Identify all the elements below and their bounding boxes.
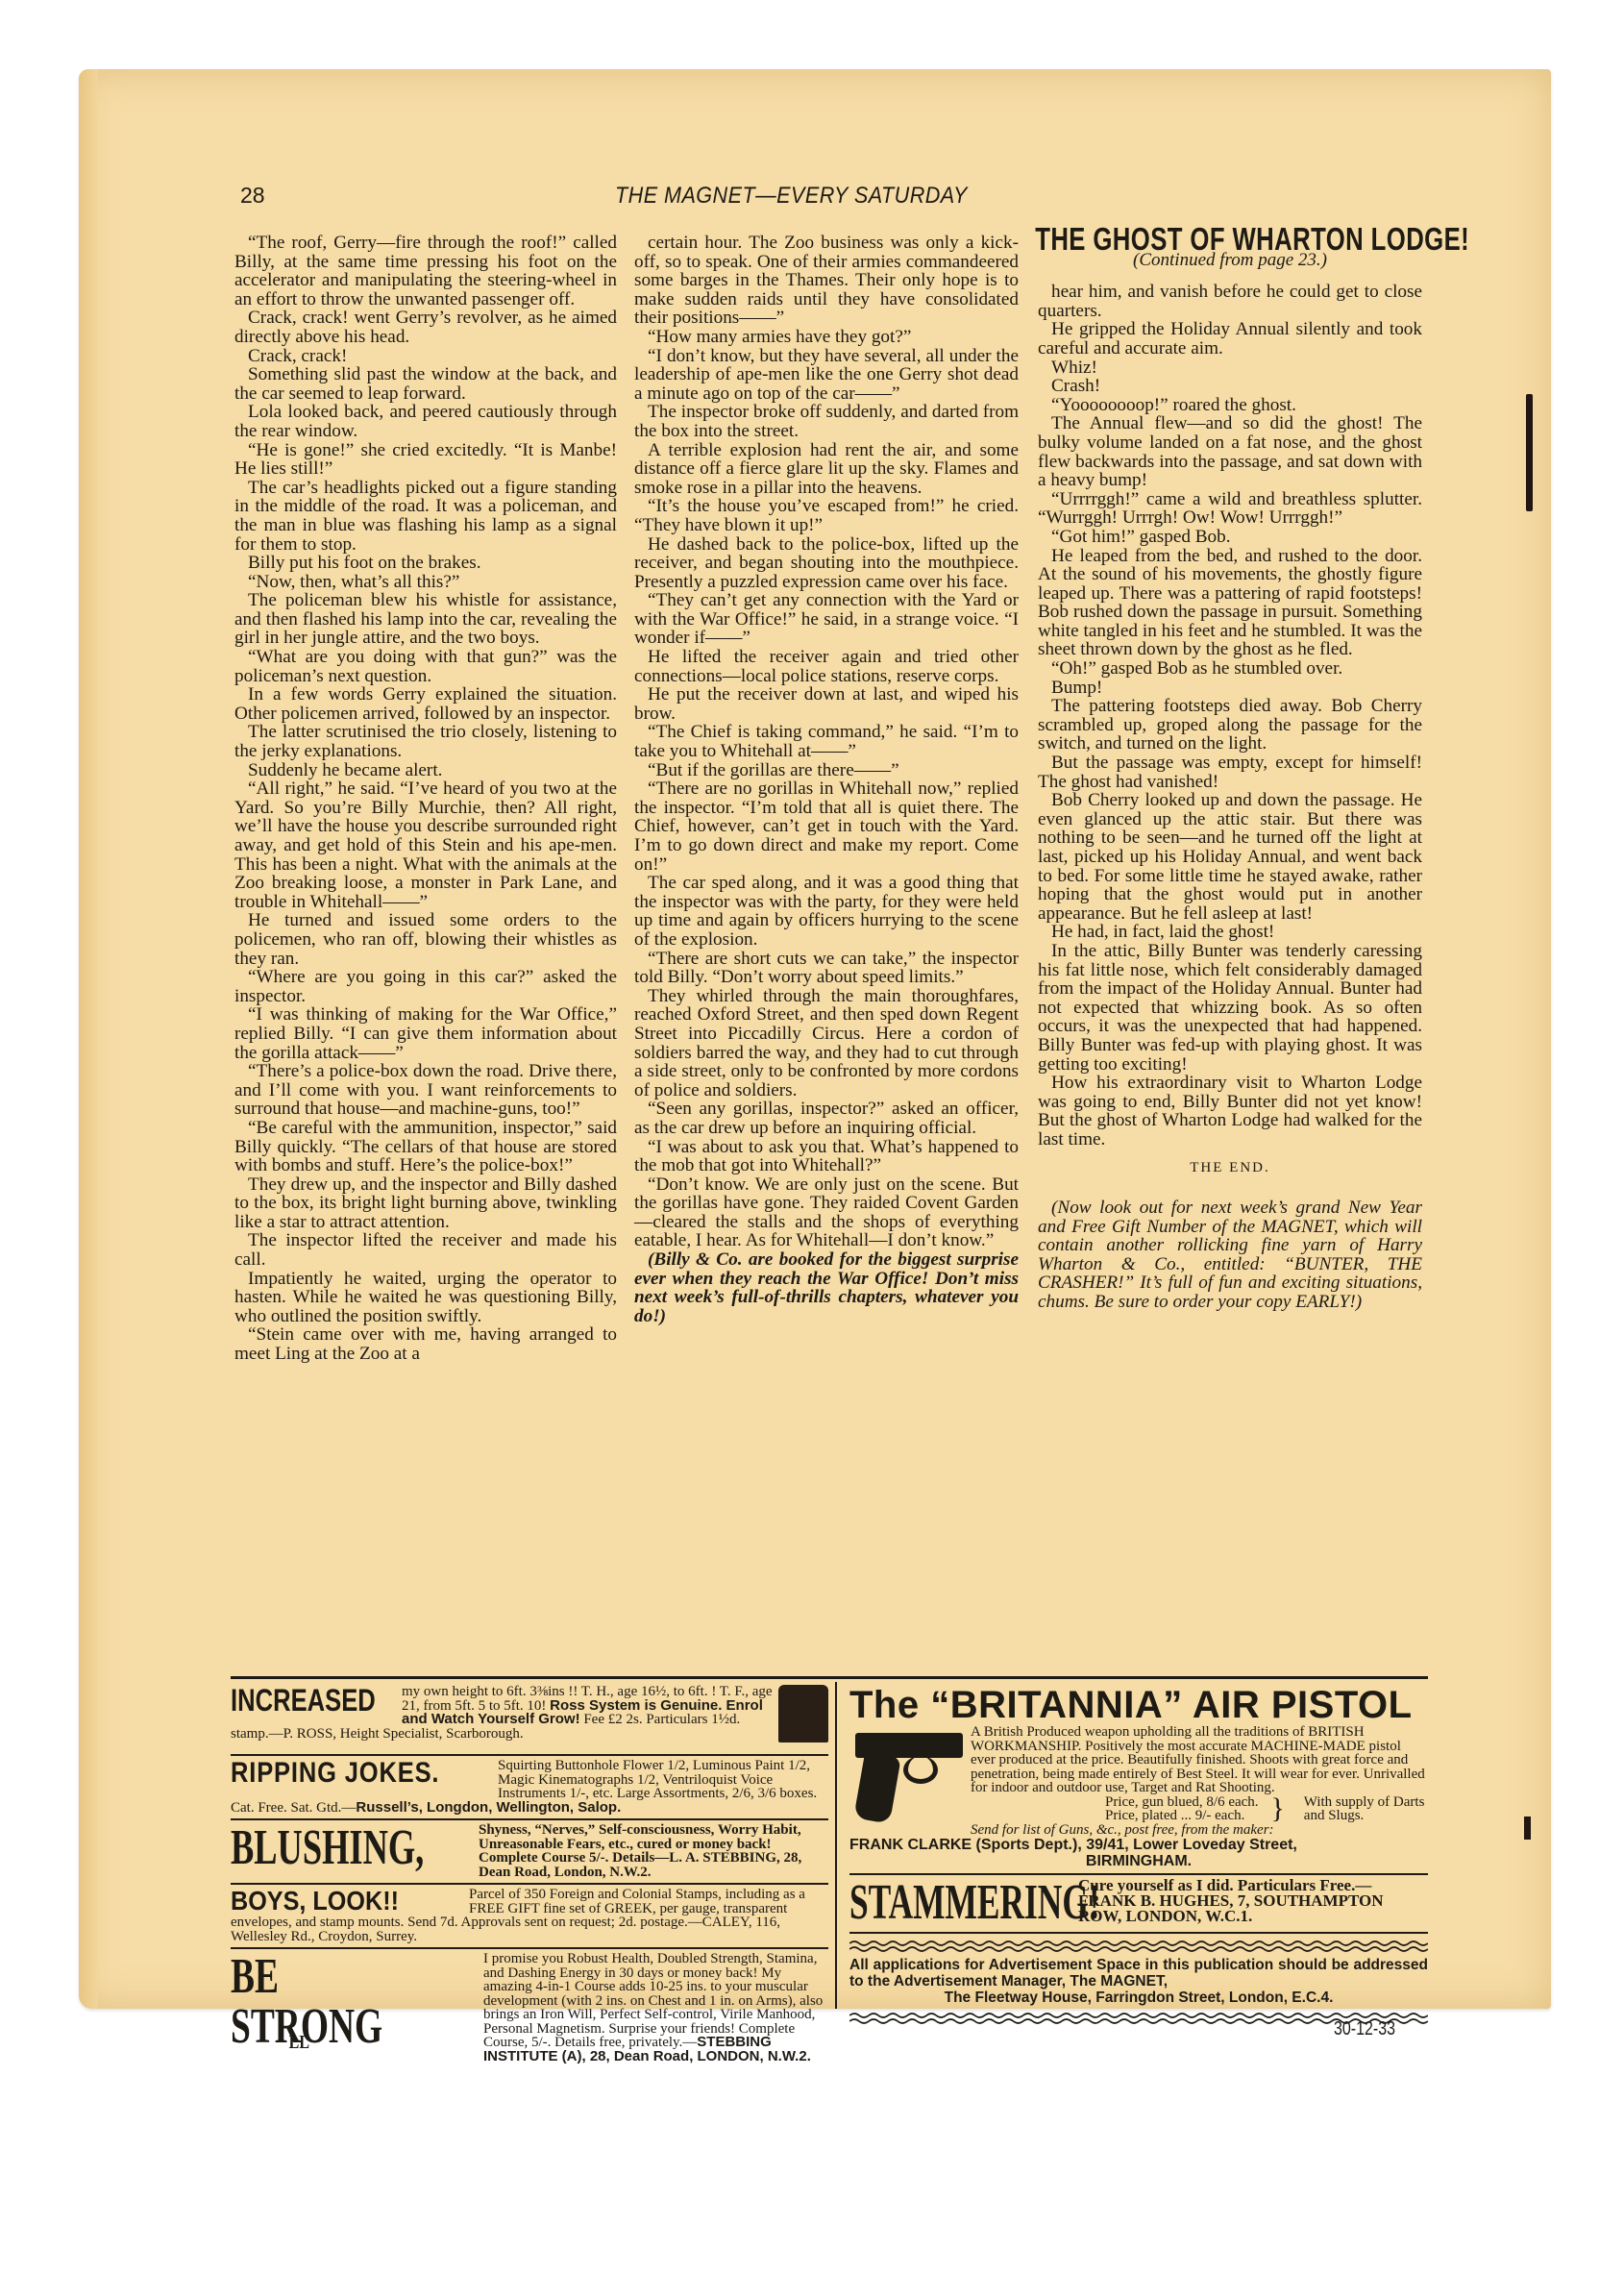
paragraph: “Yoooooooop!” roared the ghost.	[1038, 396, 1422, 415]
paragraph: He turned and issued some orders to the …	[234, 911, 617, 968]
paragraph: “But if the gorillas are there——”	[634, 761, 1019, 780]
paragraph: Suddenly he became alert.	[234, 761, 617, 780]
page-edge	[79, 69, 98, 2009]
paragraph: The inspector broke off suddenly, and da…	[634, 403, 1019, 440]
paragraph: Bob Cherry looked up and down the passag…	[1038, 791, 1422, 923]
paragraph: “I don’t know, but they have several, al…	[634, 347, 1019, 404]
story-column: THE GHOST OF WHARTON LODGE! (Continued f…	[1038, 234, 1422, 1312]
ads-divider	[231, 1676, 1428, 1679]
ad-stammering: STAMMERING! Cure yourself as I did. Part…	[849, 1875, 1428, 1934]
paragraph: He had, in fact, laid the ghost!	[1038, 923, 1422, 942]
paragraph: “How many armies have they got?”	[634, 328, 1019, 347]
serial-column-1: “The roof, Gerry—fire through the roof!”…	[234, 234, 617, 1364]
paragraph: He gripped the Holiday Annual silently a…	[1038, 320, 1422, 358]
paragraph: The Annual flew—and so did the ghost! Th…	[1038, 414, 1422, 489]
paragraph: “The roof, Gerry—fire through the roof!”…	[234, 234, 617, 309]
paragraph: The inspector lifted the receiver and ma…	[234, 1231, 617, 1269]
printer-mark: LL	[289, 2032, 309, 2054]
ad-ripping-jokes: RIPPING JOKES. Squirting Buttonhole Flow…	[231, 1756, 828, 1820]
binding-mark	[1526, 394, 1533, 511]
binding-mark	[1524, 1817, 1531, 1840]
paragraph: “Where are you going in this car?” asked…	[234, 968, 617, 1005]
paragraph: They drew up, and the inspector and Bill…	[234, 1175, 617, 1232]
paragraph: The car sped along, and it was a good th…	[634, 874, 1019, 949]
paragraph: Bump!	[1038, 679, 1422, 698]
ad-headline: BE STRONG	[231, 1952, 407, 2052]
paragraph: The policeman blew his whistle for assis…	[234, 591, 617, 648]
brace-icon: }	[1270, 1795, 1303, 1823]
ad-be-strong: BE STRONG I promise you Robust Health, D…	[231, 1949, 828, 2067]
serial-column-2: certain hour. The Zoo business was only …	[634, 234, 1019, 1325]
ad-headline: INCREASED	[231, 1685, 361, 1716]
paragraph: “All right,” he said. “I’ve heard of you…	[234, 779, 617, 911]
paragraph: In a few words Gerry explained the situa…	[234, 685, 617, 723]
ad-headline: BOYS, LOOK!!	[231, 1888, 438, 1915]
paragraph: “Be careful with the ammunition, inspect…	[234, 1119, 617, 1175]
ad-boys-look: BOYS, LOOK!! Parcel of 350 Foreign and C…	[231, 1885, 828, 1949]
paragraph: “I was about to ask you that. What’s hap…	[634, 1138, 1019, 1175]
paragraph: How his extraordinary visit to Wharton L…	[1038, 1074, 1422, 1149]
paragraph: “It’s the house you’ve escaped from!” he…	[634, 497, 1019, 534]
ad-britannia-air-pistol: The “BRITANNIA” AIR PISTOL A British Pro…	[849, 1682, 1428, 1875]
running-head: THE MAGNET—EVERY SATURDAY	[615, 183, 968, 210]
ads-right-column: The “BRITANNIA” AIR PISTOL A British Pro…	[849, 1682, 1428, 2029]
ad-height-increased: INCREASED my own height to 6ft. 3⅜ins !!…	[231, 1682, 828, 1756]
portrait-icon	[778, 1685, 828, 1743]
paragraph: A terrible explosion had rent the air, a…	[634, 441, 1019, 498]
paragraph: Crack, crack!	[234, 347, 617, 366]
ads-column-divider	[835, 1682, 837, 2009]
paragraph: “Seen any gorillas, inspector?” asked an…	[634, 1100, 1019, 1137]
issue-date: 30-12-33	[1334, 2018, 1395, 2040]
paragraph: “Now, then, what’s all this?”	[234, 573, 617, 592]
paragraph: “Stein came over with me, having arrange…	[234, 1325, 617, 1363]
ad-headline: RIPPING JOKES.	[231, 1759, 452, 1788]
paragraph: “There’s a police-box down the road. Dri…	[234, 1062, 617, 1119]
ad-headline: STAMMERING!	[849, 1878, 999, 1928]
paragraph: He put the receiver down at last, and wi…	[634, 685, 1019, 723]
paragraph: Impatiently he waited, urging the operat…	[234, 1270, 617, 1326]
price-list: Price, gun blued, 8/6 each. Price, plate…	[971, 1795, 1428, 1823]
paragraph: Lola looked back, and peered cautiously …	[234, 403, 617, 440]
ad-headline: BLUSHING,	[231, 1823, 399, 1873]
paragraph: hear him, and vanish before he could get…	[1038, 283, 1422, 320]
page-number: 28	[240, 183, 265, 209]
advertising-notice: All applications for Advertisement Space…	[849, 1957, 1428, 2006]
next-week-note: (Now look out for next week’s grand New …	[1038, 1199, 1422, 1312]
paragraph: “They can’t get any connection with the …	[634, 591, 1019, 648]
paragraph: “Oh!” gasped Bob as he stumbled over.	[1038, 659, 1422, 679]
paragraph: “What are you doing with that gun?” was …	[234, 648, 617, 685]
paragraph: The latter scrutinised the trio closely,…	[234, 723, 617, 760]
paragraph: Crash!	[1038, 377, 1422, 396]
paragraph: certain hour. The Zoo business was only …	[634, 234, 1019, 328]
serial-next-week-note: (Billy & Co. are booked for the biggest …	[634, 1250, 1019, 1325]
pistol-icon	[849, 1729, 963, 1825]
paragraph: “There are short cuts we can take,” the …	[634, 950, 1019, 987]
paragraph: Something slid past the window at the ba…	[234, 365, 617, 403]
ad-blushing: BLUSHING, Shyness, “Nerves,” Self-consci…	[231, 1820, 828, 1885]
paragraph: “There are no gorillas in Whitehall now,…	[634, 779, 1019, 874]
paragraph: The car’s headlights picked out a figure…	[234, 479, 617, 554]
paragraph: He leaped from the bed, and rushed to th…	[1038, 547, 1422, 660]
story-title: THE GHOST OF WHARTON LODGE!	[1035, 230, 1425, 249]
paragraph: “The Chief is taking command,” he said. …	[634, 723, 1019, 760]
ad-headline: The “BRITANNIA” AIR PISTOL	[849, 1685, 1428, 1725]
paragraph: The pattering footsteps died away. Bob C…	[1038, 697, 1422, 754]
paragraph: They whirled through the main thoroughfa…	[634, 987, 1019, 1100]
paragraph: Crack, crack! went Gerry’s revolver, as …	[234, 309, 617, 346]
paragraph: He dashed back to the police-box, lifted…	[634, 535, 1019, 592]
paragraph: “He is gone!” she cried excitedly. “It i…	[234, 441, 617, 479]
wavy-rule	[849, 1940, 1428, 1951]
ads-left-column: INCREASED my own height to 6ft. 3⅜ins !!…	[231, 1682, 828, 2067]
paragraph: But the passage was empty, except for hi…	[1038, 754, 1422, 791]
paragraph: “I was thinking of making for the War Of…	[234, 1005, 617, 1062]
paragraph: He lifted the receiver again and tried o…	[634, 648, 1019, 685]
paragraph: Whiz!	[1038, 358, 1422, 378]
paragraph: “Urrrrggh!” came a wild and breathless s…	[1038, 490, 1422, 528]
paragraph: “Don’t know. We are only just on the sce…	[634, 1175, 1019, 1250]
page-header: 28 THE MAGNET—EVERY SATURDAY	[240, 183, 1432, 211]
paragraph: In the attic, Billy Bunter was tenderly …	[1038, 942, 1422, 1074]
paragraph: Billy put his foot on the brakes.	[234, 554, 617, 573]
paragraph: “Got him!” gasped Bob.	[1038, 528, 1422, 547]
the-end: THE END.	[1038, 1159, 1422, 1178]
